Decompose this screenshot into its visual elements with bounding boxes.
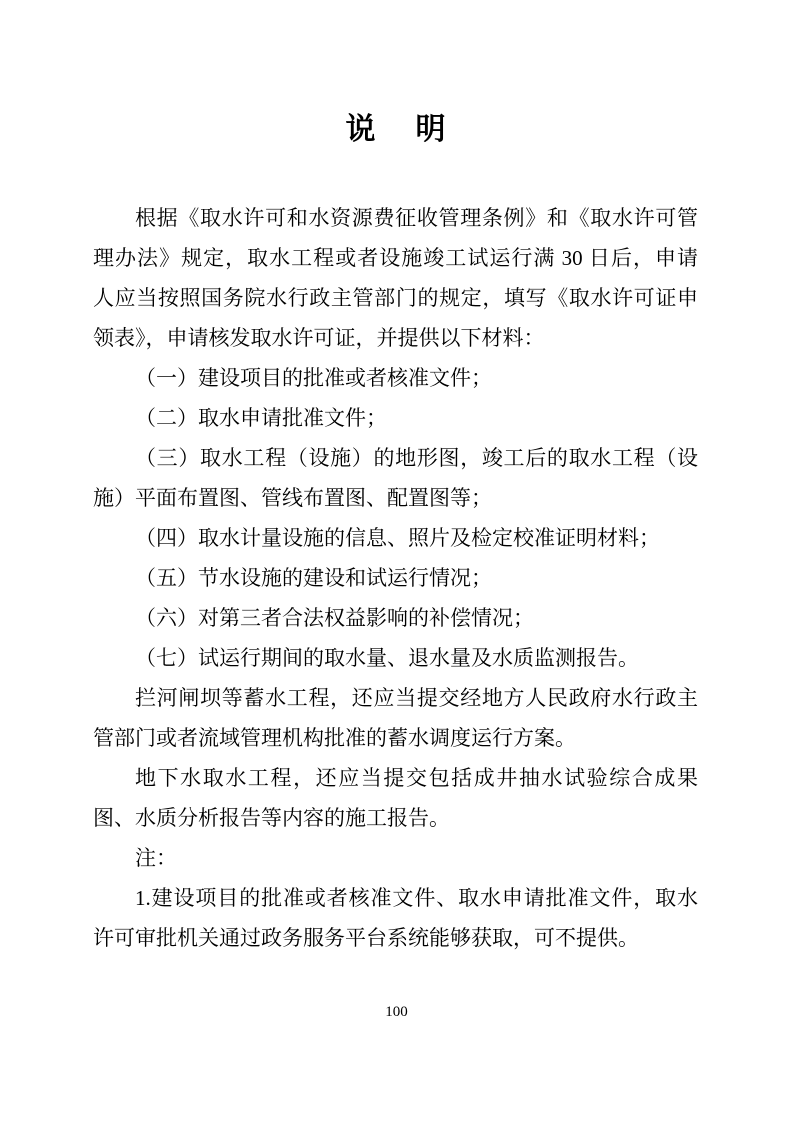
text-line: 理办法》规定，取水工程或者设施竣工试运行满 30 日后，申请 <box>93 238 698 278</box>
text-line: 根据《取水许可和水资源费征收管理条例》和《取水许可管 <box>93 198 698 238</box>
text-line: 地下水取水工程，还应当提交包括成井抽水试验综合成果 <box>93 758 698 798</box>
document-title: 说 明 <box>93 106 698 154</box>
text-line: 注： <box>93 838 698 878</box>
text-line: 管部门或者流域管理机构批准的蓄水调度运行方案。 <box>93 718 698 758</box>
text-line: （四）取水计量设施的信息、照片及检定校准证明材料； <box>93 518 698 558</box>
paragraph: （三）取水工程（设施）的地形图，竣工后的取水工程（设 施）平面布置图、管线布置图… <box>93 438 698 518</box>
text-line: 人应当按照国务院水行政主管部门的规定，填写《取水许可证申 <box>93 278 698 318</box>
document-page: 说 明 根据《取水许可和水资源费征收管理条例》和《取水许可管 理办法》规定，取水… <box>0 0 793 1122</box>
text-line: 许可审批机关通过政务服务平台系统能够获取，可不提供。 <box>93 918 698 958</box>
paragraph: （二）取水申请批准文件； <box>93 398 698 438</box>
text-line: 拦河闸坝等蓄水工程，还应当提交经地方人民政府水行政主 <box>93 678 698 718</box>
text-line: （五）节水设施的建设和试运行情况； <box>93 558 698 598</box>
text-line: 1.建设项目的批准或者核准文件、取水申请批准文件，取水 <box>93 878 698 918</box>
text-line: 领表》，申请核发取水许可证，并提供以下材料： <box>93 318 698 358</box>
text-line: （三）取水工程（设施）的地形图，竣工后的取水工程（设 <box>93 438 698 478</box>
paragraph: （六）对第三者合法权益影响的补偿情况； <box>93 598 698 638</box>
paragraph: （五）节水设施的建设和试运行情况； <box>93 558 698 598</box>
paragraph: （四）取水计量设施的信息、照片及检定校准证明材料； <box>93 518 698 558</box>
paragraph: 根据《取水许可和水资源费征收管理条例》和《取水许可管 理办法》规定，取水工程或者… <box>93 198 698 358</box>
paragraph: （一）建设项目的批准或者核准文件； <box>93 358 698 398</box>
paragraph: （七）试运行期间的取水量、退水量及水质监测报告。 <box>93 638 698 678</box>
document-content: 说 明 根据《取水许可和水资源费征收管理条例》和《取水许可管 理办法》规定，取水… <box>93 0 698 958</box>
text-line: （七）试运行期间的取水量、退水量及水质监测报告。 <box>93 638 698 678</box>
text-line: （一）建设项目的批准或者核准文件； <box>93 358 698 398</box>
text-line: 施）平面布置图、管线布置图、配置图等； <box>93 478 698 518</box>
paragraph: 地下水取水工程，还应当提交包括成井抽水试验综合成果 图、水质分析报告等内容的施工… <box>93 758 698 838</box>
paragraph: 注： <box>93 838 698 878</box>
page-number: 100 <box>0 1002 793 1022</box>
paragraph: 1.建设项目的批准或者核准文件、取水申请批准文件，取水 许可审批机关通过政务服务… <box>93 878 698 958</box>
paragraph: 拦河闸坝等蓄水工程，还应当提交经地方人民政府水行政主 管部门或者流域管理机构批准… <box>93 678 698 758</box>
text-line: （二）取水申请批准文件； <box>93 398 698 438</box>
text-line: 图、水质分析报告等内容的施工报告。 <box>93 798 698 838</box>
text-line: （六）对第三者合法权益影响的补偿情况； <box>93 598 698 638</box>
